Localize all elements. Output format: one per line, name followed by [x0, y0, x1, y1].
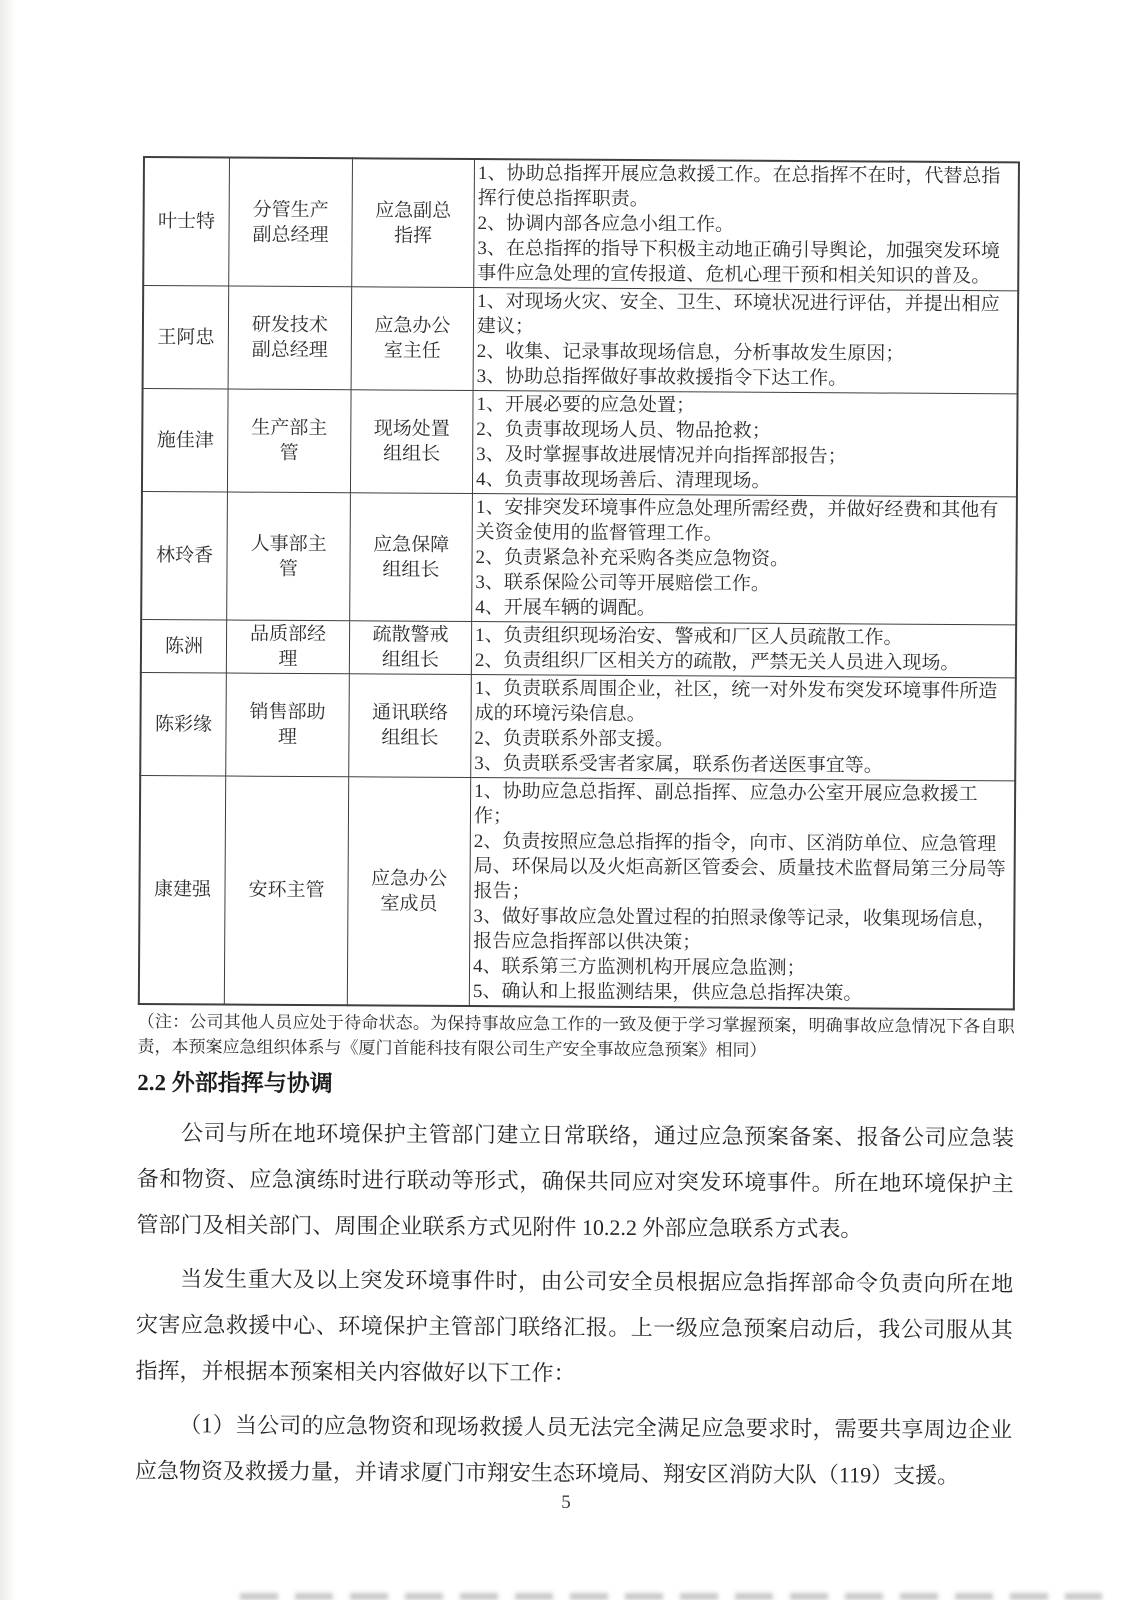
person-name: 施佳津	[142, 389, 228, 493]
duty-item: 2、负责按照应急总指挥的指令，向市、区消防单位、应急管理局、环保局以及火炬高新区…	[473, 829, 1010, 907]
emergency-role: 现场处置 组组长	[350, 390, 473, 494]
table-row: 林玲香 人事部主 管 应急保障 组组长 1、安排突发环境事件应急处理所需经费，并…	[141, 491, 1017, 624]
person-position: 品质部经 理	[226, 620, 349, 674]
duty-item: 2、负责紧急补充采购各类应急物资。	[475, 545, 1012, 573]
duty-item: 2、协调内部各应急小组工作。	[478, 211, 1015, 239]
paragraph: 当发生重大及以上突发环境事件时，由公司安全员根据应急指挥部命令负责向所在地灾害应…	[135, 1256, 1013, 1399]
duties-cell: 1、对现场火灾、安全、卫生、环境状况进行评估，并提出相应建议； 2、收集、记录事…	[473, 288, 1018, 394]
duty-item: 3、负责联系受害者家属，联系伤者送医事宜等。	[474, 751, 1011, 779]
person-position: 人事部主 管	[227, 492, 351, 621]
person-name: 康建强	[139, 775, 226, 1004]
duty-item: 4、负责事故现场善后、清理现场。	[476, 467, 1013, 495]
person-position: 分管生产 副总经理	[229, 158, 353, 287]
person-position: 销售部助 理	[226, 673, 350, 777]
document-page: { "document": { "table": { "rows": [ { "…	[0, 0, 1132, 1600]
person-position: 研发技术 副总经理	[228, 286, 352, 390]
duty-item: 3、协助总指挥做好事故救援指令下达工作。	[477, 364, 1014, 392]
emergency-duty-table: 叶士特 分管生产 副总经理 应急副总 指挥 1、协助总指挥开展应急救援工作。在总…	[138, 156, 1020, 1010]
duty-item: 2、负责组织厂区相关方的疏散，严禁无关人员进入现场。	[475, 648, 1012, 676]
duties-cell: 1、协助应急总指挥、副总指挥、应急办公室开展应急救援工作； 2、负责按照应急总指…	[469, 778, 1015, 1010]
table-row: 陈洲 品质部经 理 疏散警戒 组组长 1、负责组织现场治安、警戒和厂区人员疏散工…	[141, 619, 1016, 677]
duties-cell: 1、安排突发环境事件应急处理所需经费，并做好经费和其他有关资金使用的监督管理工作…	[472, 494, 1017, 625]
duties-cell: 1、协助总指挥开展应急救援工作。在总指挥不在时，代替总指挥行使总指挥职责。 2、…	[474, 159, 1019, 291]
table-note: （注：公司其他人员应处于待命状态。为保持事故应急工作的一致及便于学习掌握预案，明…	[137, 1009, 1014, 1064]
page-number: 5	[0, 1492, 1132, 1514]
duty-item: 3、及时掌握事故进展情况并向指挥部报告；	[476, 442, 1013, 470]
table-row: 陈彩缘 销售部助 理 通讯联络 组组长 1、负责联系周围企业，社区，统一对外发布…	[140, 672, 1016, 780]
person-position: 生产部主 管	[227, 389, 351, 493]
section-heading: 2.2 外部指挥与协调	[137, 1068, 1014, 1103]
emergency-role: 通讯联络 组组长	[349, 674, 472, 778]
duty-item: 2、负责事故现场人员、物品抢救；	[476, 417, 1013, 445]
paragraph: 公司与所在地环境保护主管部门建立日常联络，通过应急预案备案、报备公司应急装备和物…	[136, 1110, 1014, 1253]
table-row: 叶士特 分管生产 副总经理 应急副总 指挥 1、协助总指挥开展应急救援工作。在总…	[143, 157, 1019, 291]
duty-item: 1、协助应急总指挥、副总指挥、应急办公室开展应急救援工作；	[474, 779, 1011, 832]
person-name: 林玲香	[141, 491, 227, 620]
scan-left-edge-shadow	[0, 0, 16, 1600]
duty-item: 5、确认和上报监测结果，供应急总指挥决策。	[473, 979, 1010, 1007]
page-content: 叶士特 分管生产 副总经理 应急副总 指挥 1、协助总指挥开展应急救援工作。在总…	[135, 156, 1020, 1499]
duties-cell: 1、负责组织现场治安、警戒和厂区人员疏散工作。 2、负责组织厂区相关方的疏散，严…	[471, 622, 1016, 678]
duty-item: 1、对现场火灾、安全、卫生、环境状况进行评估，并提出相应建议；	[477, 289, 1014, 342]
duties-cell: 1、开展必要的应急处置； 2、负责事故现场人员、物品抢救； 3、及时掌握事故进展…	[472, 391, 1017, 497]
duties-cell: 1、负责联系周围企业，社区，统一对外发布突发环境事件所造成的环境污染信息。 2、…	[471, 675, 1016, 781]
duty-item: 1、负责联系周围企业，社区，统一对外发布突发环境事件所造成的环境污染信息。	[475, 676, 1012, 729]
duty-item: 2、收集、记录事故现场信息，分析事故发生原因；	[477, 339, 1014, 367]
duty-item: 4、联系第三方监测机构开展应急监测；	[473, 954, 1010, 982]
person-name: 叶士特	[143, 157, 229, 286]
person-name: 陈洲	[141, 619, 227, 673]
table-row: 王阿忠 研发技术 副总经理 应急办公 室主任 1、对现场火灾、安全、卫生、环境状…	[143, 286, 1019, 394]
emergency-role: 应急保障 组组长	[350, 493, 473, 622]
emergency-role: 应急办公 室成员	[347, 777, 470, 1006]
scan-bottom-artifact	[240, 1593, 1102, 1600]
duty-item: 1、开展必要的应急处置；	[476, 392, 1013, 420]
duty-item: 1、协助总指挥开展应急救援工作。在总指挥不在时，代替总指挥行使总指挥职责。	[478, 161, 1015, 214]
table-row: 康建强 安环主管 应急办公 室成员 1、协助应急总指挥、副总指挥、应急办公室开展…	[139, 775, 1015, 1009]
table-row: 施佳津 生产部主 管 现场处置 组组长 1、开展必要的应急处置； 2、负责事故现…	[142, 389, 1018, 497]
person-name: 王阿忠	[143, 286, 229, 390]
duty-item: 1、负责组织现场治安、警戒和厂区人员疏散工作。	[475, 623, 1012, 651]
duty-item: 4、开展车辆的调配。	[475, 595, 1012, 623]
person-name: 陈彩缘	[140, 672, 226, 776]
duty-item: 1、安排突发环境事件应急处理所需经费，并做好经费和其他有关资金使用的监督管理工作…	[476, 495, 1013, 548]
emergency-role: 疏散警戒 组组长	[349, 621, 471, 675]
duty-item: 3、做好事故应急处置过程的拍照录像等记录，收集现场信息，报告应急指挥部以供决策；	[473, 904, 1010, 957]
emergency-role: 应急副总 指挥	[352, 158, 475, 287]
duty-item: 3、在总指挥的指导下积极主动地正确引导舆论，加强突发环境事件应急处理的宣传报道、…	[477, 236, 1014, 289]
paragraph: （1）当公司的应急物资和现场救援人员无法完全满足应急要求时，需要共享周边企业应急…	[135, 1402, 1013, 1499]
duty-item: 2、负责联系外部支援。	[474, 726, 1011, 754]
person-position: 安环主管	[224, 776, 348, 1005]
duty-item: 3、联系保险公司等开展赔偿工作。	[475, 570, 1012, 598]
emergency-role: 应急办公 室主任	[351, 287, 474, 391]
